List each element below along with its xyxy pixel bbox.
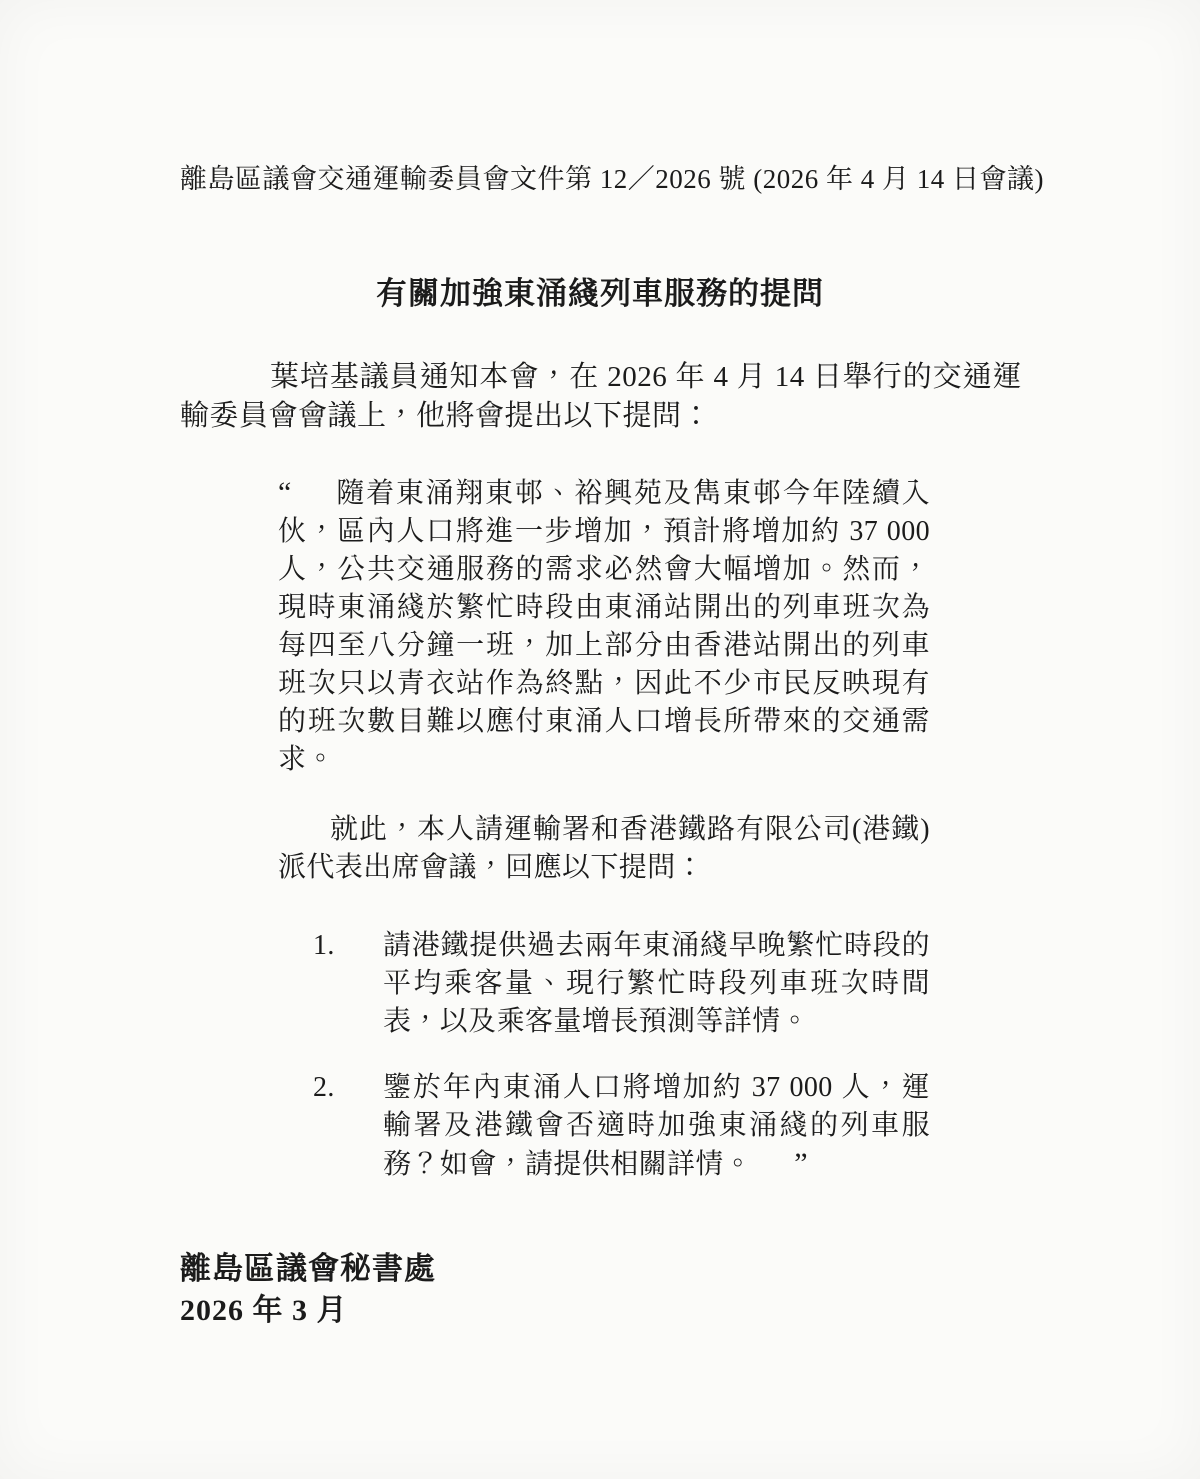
document-reference: 離島區議會交通運輸委員會文件第 12／2026 號 (2026 年 4 月 14… [180,160,1020,198]
quote-paragraph-1-text: 隨着東涌翔東邨、裕興苑及雋東邨今年陸續入伙，區內人口將進一步增加，預計將增加約 … [278,478,930,775]
document-page: 離島區議會交通運輸委員會文件第 12／2026 號 (2026 年 4 月 14… [0,0,1200,1479]
open-quote-mark: “ [278,474,335,512]
question-1-text-content: 請港鐵提供過去兩年東涌綫早晚繁忙時段的平均乘客量、現行繁忙時段列車班次時間表，以… [383,930,930,1037]
question-2-number: 2. [313,1069,383,1184]
question-1-number: 1. [313,927,383,1041]
question-1-text: 請港鐵提供過去兩年東涌綫早晚繁忙時段的平均乘客量、現行繁忙時段列車班次時間表，以… [383,927,930,1041]
quote-paragraph-2: 就此，本人請運輸署和香港鐵路有限公司(港鐵)派代表出席會議，回應以下提問： [278,811,930,887]
question-2-text-content: 鑒於年內東涌人口將增加約 37 000 人，運輸署及港鐵會否適時加強東涌綫的列車… [383,1072,930,1180]
quote-paragraph-1: “隨着東涌翔東邨、裕興苑及雋東邨今年陸續入伙，區內人口將進一步增加，預計將增加約… [278,474,930,779]
question-item-2: 2. 鑒於年內東涌人口將增加約 37 000 人，運輸署及港鐵會否適時加強東涌綫… [313,1069,930,1184]
intro-paragraph: 葉培基議員通知本會，在 2026 年 4 月 14 日舉行的交通運輸委員會會議上… [180,358,1022,436]
close-quote-mark: ” [794,1147,808,1180]
document-footer: 離島區議會秘書處 2026 年 3 月 [180,1248,1020,1332]
question-2-text: 鑒於年內東涌人口將增加約 37 000 人，運輸署及港鐵會否適時加強東涌綫的列車… [383,1069,930,1184]
footer-organisation: 離島區議會秘書處 [180,1248,1020,1290]
document-title: 有關加強東涌綫列車服務的提問 [180,274,1020,314]
footer-date: 2026 年 3 月 [180,1290,1020,1332]
quoted-question-block: “隨着東涌翔東邨、裕興苑及雋東邨今年陸續入伙，區內人口將進一步增加，預計將增加約… [278,474,930,1184]
question-item-1: 1. 請港鐵提供過去兩年東涌綫早晚繁忙時段的平均乘客量、現行繁忙時段列車班次時間… [313,927,930,1041]
